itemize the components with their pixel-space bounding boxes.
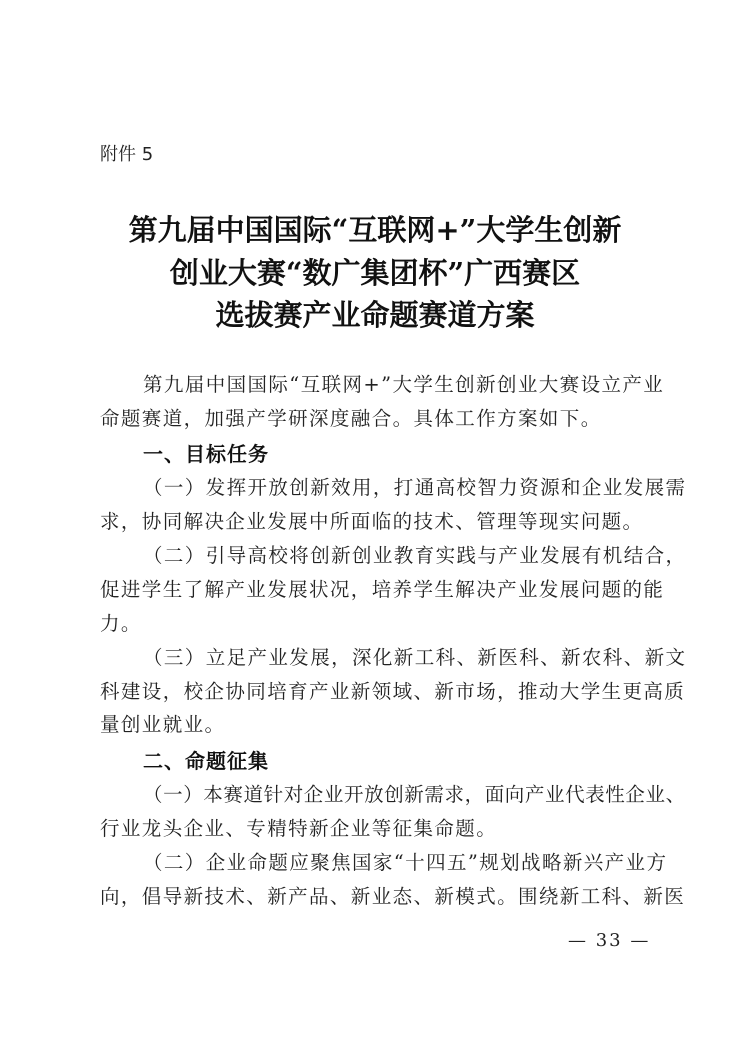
goal-3-line-2: 科建设，校企协同培育产业新领域、新市场，推动大学生更高质 bbox=[100, 676, 656, 704]
document-title-line-1: 第九届中国国际“互联网+”大学生创新 bbox=[90, 208, 660, 249]
document-page: 附件 5 第九届中国国际“互联网+”大学生创新 创业大赛“数广集团杯”广西赛区 … bbox=[0, 0, 750, 1060]
intro-paragraph-line-2: 命题赛道，加强产学研深度融合。具体工作方案如下。 bbox=[100, 403, 656, 431]
collection-1-line-1: （一）本赛道针对企业开放创新需求，面向产业代表性企业、 bbox=[143, 779, 656, 807]
goal-1-line-2: 求，协同解决企业发展中所面临的技术、管理等现实问题。 bbox=[100, 506, 656, 534]
document-title-line-3: 选拔赛产业命题赛道方案 bbox=[90, 293, 660, 334]
goal-1-line-1: （一）发挥开放创新效用，打通高校智力资源和企业发展需 bbox=[143, 472, 656, 500]
goal-3-line-3: 量创业就业。 bbox=[100, 709, 656, 737]
collection-2-line-2: 向，倡导新技术、新产品、新业态、新模式。围绕新工科、新医 bbox=[100, 881, 656, 909]
goal-2-line-1: （二）引导高校将创新创业教育实践与产业发展有机结合， bbox=[143, 540, 656, 568]
goal-3-line-1: （三）立足产业发展，深化新工科、新医科、新农科、新文 bbox=[143, 642, 656, 670]
collection-1-line-2: 行业龙头企业、专精特新企业等征集命题。 bbox=[100, 813, 656, 841]
document-title-line-2: 创业大赛“数广集团杯”广西赛区 bbox=[90, 251, 660, 292]
intro-paragraph-line-1: 第九届中国国际“互联网+”大学生创新创业大赛设立产业 bbox=[143, 369, 656, 397]
page-number: — 33 — bbox=[568, 930, 650, 951]
goal-2-line-2: 促进学生了解产业发展状况，培养学生解决产业发展问题的能 bbox=[100, 574, 656, 602]
collection-2-line-1: （二）企业命题应聚焦国家“十四五”规划战略新兴产业方 bbox=[143, 847, 656, 875]
attachment-label: 附件 5 bbox=[100, 140, 153, 166]
section-heading-goals: 一、目标任务 bbox=[143, 438, 269, 467]
section-heading-topic-collection: 二、命题征集 bbox=[143, 745, 269, 774]
goal-2-line-3: 力。 bbox=[100, 608, 656, 636]
